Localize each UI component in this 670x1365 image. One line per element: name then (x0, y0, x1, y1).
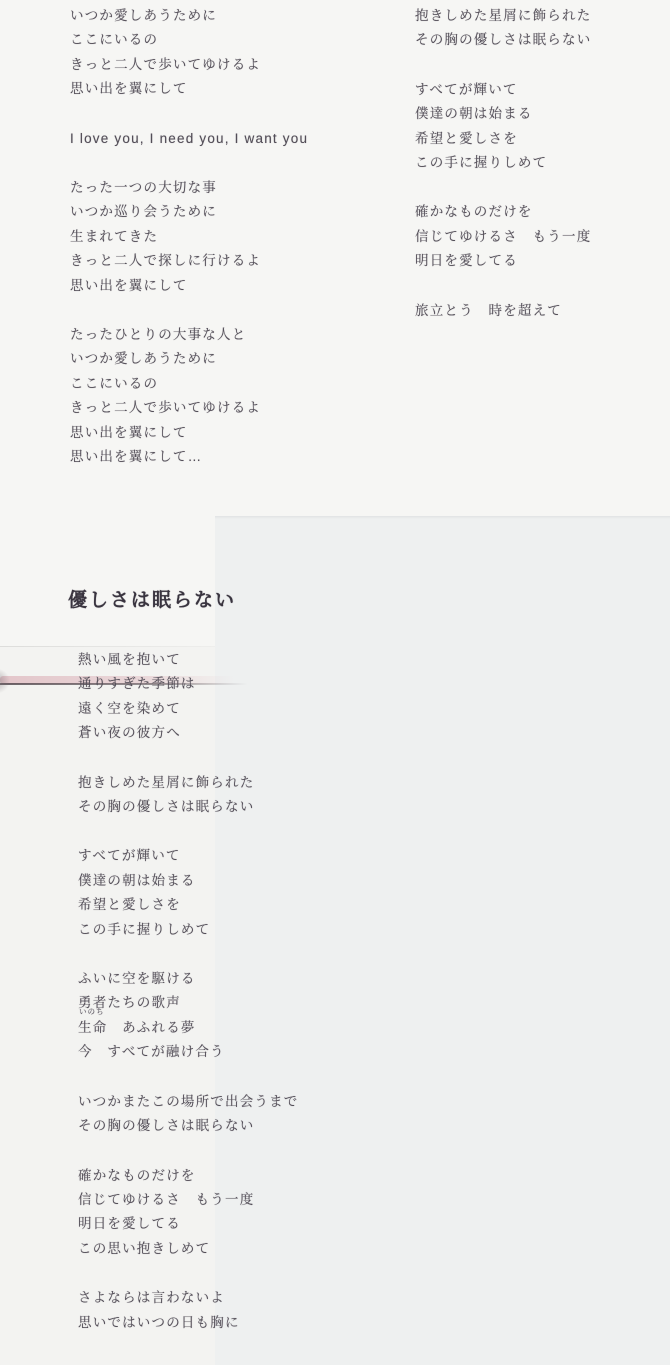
stanza: I love you, I need you, I want you (70, 127, 370, 151)
lyric-line: 生まれてきた (70, 225, 370, 249)
lyric-line: いつか愛しあうために (70, 4, 370, 28)
stanza: すべてが輝いて僕達の朝は始まる希望と愛しさをこの手に握りしめて (415, 78, 665, 176)
lyric-line: 思い出を翼にして (70, 77, 370, 101)
lyric-line: 信じてゆけるさ もう一度 (415, 225, 665, 249)
stanza: 旅立とう 時を超えて (415, 299, 665, 323)
lyric-line: きっと二人で探しに行けるよ (70, 249, 370, 273)
lyric-line: いつか巡り会うために (70, 200, 370, 224)
scan-edge-smudge (0, 668, 10, 694)
lyric-line: I love you, I need you, I want you (70, 127, 370, 151)
lyric-line: 今 すべてが融け合う (78, 1040, 378, 1064)
lyric-line: 抱きしめた星屑に飾られた (78, 771, 378, 795)
lyric-line: 思いではいつの日も胸に (78, 1311, 378, 1335)
lyric-line: 確かなものだけを (78, 1164, 378, 1188)
lyric-line: 僕達の朝は始まる (415, 102, 665, 126)
ruby-base-word: 生命いのち (78, 1016, 107, 1040)
lyric-line: 蒼い夜の彼方へ (78, 721, 378, 745)
lyric-line: ここにいるの (70, 28, 370, 52)
lyrics-column-top-right: 抱きしめた星屑に飾られたその胸の優しさは眠らないすべてが輝いて僕達の朝は始まる希… (415, 4, 665, 348)
lyric-line: 勇者たちの歌声 (78, 991, 378, 1015)
lyric-line: 旅立とう 時を超えて (415, 299, 665, 323)
stanza: 確かなものだけを信じてゆけるさ もう一度明日を愛してるこの思い抱きしめて (78, 1164, 378, 1262)
lyric-line: 生命いのち あふれる夢 (78, 1016, 378, 1040)
lyric-line: さよならは言わないよ (78, 1286, 378, 1310)
lyric-line: 思い出を翼にして (70, 421, 370, 445)
stanza: いつか愛しあうためにここにいるのきっと二人で歩いてゆけるよ思い出を翼にして (70, 4, 370, 102)
lyric-line: きっと二人で歩いてゆけるよ (70, 396, 370, 420)
stanza: 確かなものだけを信じてゆけるさ もう一度明日を愛してる (415, 200, 665, 273)
lyric-line: 思い出を翼にして… (70, 445, 370, 469)
lyric-line: その胸の優しさは眠らない (78, 795, 378, 819)
stanza: たった一つの大切な事いつか巡り会うために生まれてきたきっと二人で探しに行けるよ思… (70, 176, 370, 298)
lyric-line: いつか愛しあうために (70, 347, 370, 371)
stanza: たったひとりの大事な人といつか愛しあうためにここにいるのきっと二人で歩いてゆける… (70, 323, 370, 469)
stanza: 抱きしめた星屑に飾られたその胸の優しさは眠らない (415, 4, 665, 53)
lyric-line: たったひとりの大事な人と (70, 323, 370, 347)
furigana: いのち (79, 1008, 105, 1016)
stanza: 熱い風を抱いて通りすぎた季節は遠く空を染めて蒼い夜の彼方へ (78, 648, 378, 746)
lyric-line: 熱い風を抱いて (78, 648, 378, 672)
song-title: 優しさは眠らない (68, 588, 378, 614)
lyric-line: 希望と愛しさを (415, 127, 665, 151)
lyric-line: この手に握りしめて (78, 918, 378, 942)
lyric-line: この思い抱きしめて (78, 1237, 378, 1261)
stanza: いつかまたこの場所で出会うまでその胸の優しさは眠らない (78, 1090, 378, 1139)
lyric-line: ふいに空を駆ける (78, 967, 378, 991)
lyric-line: 思い出を翼にして (70, 274, 370, 298)
stanza: さよならは言わないよ思いではいつの日も胸に (78, 1286, 378, 1335)
lyric-line: いつかまたこの場所で出会うまで (78, 1090, 378, 1114)
lyric-line: その胸の優しさは眠らない (78, 1114, 378, 1138)
stanza: すべてが輝いて僕達の朝は始まる希望と愛しさをこの手に握りしめて (78, 844, 378, 942)
lyrics-column-top-left: いつか愛しあうためにここにいるのきっと二人で歩いてゆけるよ思い出を翼にしてI l… (70, 4, 370, 495)
lyric-line: 確かなものだけを (415, 200, 665, 224)
lyric-line: たった一つの大切な事 (70, 176, 370, 200)
lyric-line: 通りすぎた季節は (78, 672, 378, 696)
lyric-line: ここにいるの (70, 372, 370, 396)
lyric-line: 希望と愛しさを (78, 893, 378, 917)
lyric-line: すべてが輝いて (78, 844, 378, 868)
lyric-line: 遠く空を染めて (78, 697, 378, 721)
lyric-line: 明日を愛してる (415, 249, 665, 273)
lyric-line: この手に握りしめて (415, 151, 665, 175)
lyric-line: その胸の優しさは眠らない (415, 28, 665, 52)
lyric-line: すべてが輝いて (415, 78, 665, 102)
bottom-stanzas: 熱い風を抱いて通りすぎた季節は遠く空を染めて蒼い夜の彼方へ抱きしめた星屑に飾られ… (78, 648, 378, 1335)
stanza: ふいに空を駆ける勇者たちの歌声生命いのち あふれる夢今 すべてが融け合う (78, 967, 378, 1065)
lyrics-column-bottom: 優しさは眠らない 熱い風を抱いて通りすぎた季節は遠く空を染めて蒼い夜の彼方へ抱き… (78, 588, 378, 1360)
lyric-line: きっと二人で歩いてゆけるよ (70, 53, 370, 77)
lyric-line: 信じてゆけるさ もう一度 (78, 1188, 378, 1212)
lyric-line: 抱きしめた星屑に飾られた (415, 4, 665, 28)
lyric-line: 明日を愛してる (78, 1212, 378, 1236)
stanza: 抱きしめた星屑に飾られたその胸の優しさは眠らない (78, 771, 378, 820)
lyric-line: 僕達の朝は始まる (78, 869, 378, 893)
